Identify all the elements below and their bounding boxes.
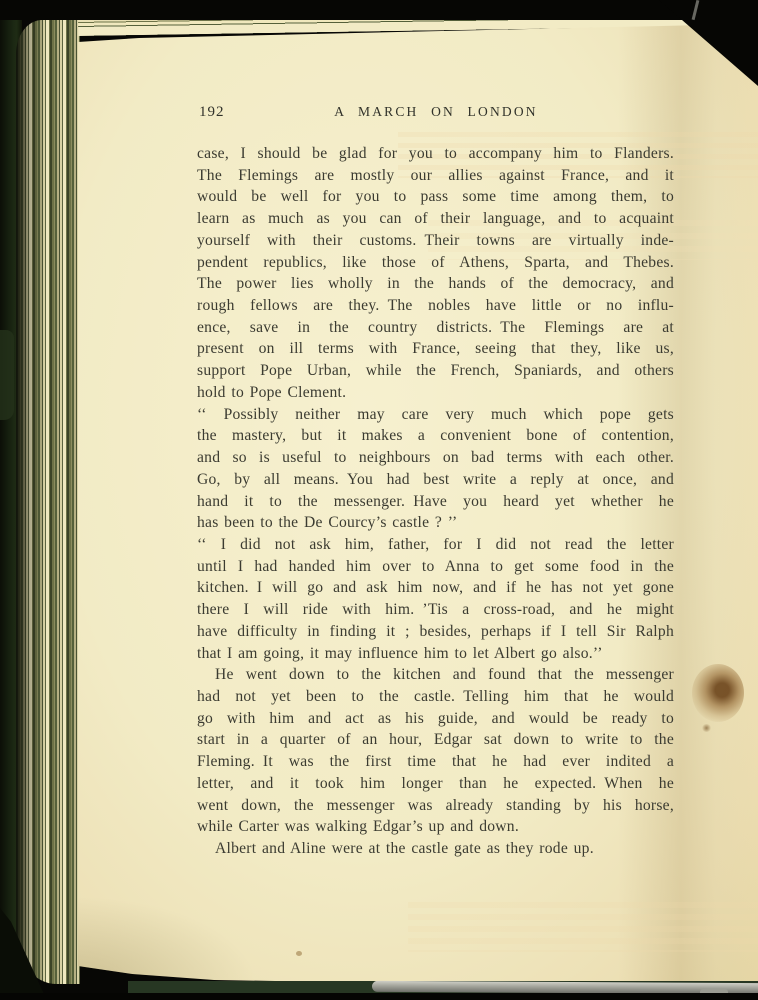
text-line: letter, and it took him longer than he e… (197, 773, 674, 795)
text-line: there I will ride with him. ’Tis a cross… (197, 599, 674, 621)
paragraph: case, I should be glad for you to accomp… (197, 143, 674, 404)
text-block: case, I should be glad for you to accomp… (197, 143, 674, 860)
text-line: ‘‘ Possibly neither may care very much w… (197, 404, 674, 426)
text-line: pendent republics, like those of Athens,… (197, 252, 674, 274)
paragraph: ‘‘ Possibly neither may care very much w… (197, 404, 674, 534)
text-line: learn as much as you can of their langua… (197, 208, 674, 230)
page-number: 192 (199, 104, 225, 121)
text-line: the mastery, but it makes a convenient b… (197, 425, 674, 447)
book-cover-edge-highlight (0, 330, 14, 420)
paragraph: ‘‘ I did not ask him, father, for I did … (197, 534, 674, 664)
text-line: that I am going, it may influence him to… (197, 643, 674, 665)
paragraph: He went down to the kitchen and found th… (197, 664, 674, 838)
photographed-book-page: { "book": { "page_number": "192", "runni… (0, 0, 758, 1000)
text-line: He went down to the kitchen and found th… (197, 664, 674, 686)
foxing-spot (702, 724, 711, 732)
paragraph: Albert and Aline were at the castle gate… (197, 838, 674, 860)
text-line: while Carter was walking Edgar’s up and … (197, 816, 674, 838)
printed-content: 192 A MARCH ON LONDON case, I should be … (78, 24, 758, 986)
text-line: had not yet been to the castle. Telling … (197, 686, 674, 708)
text-line: yourself with their customs. Their towns… (197, 230, 674, 252)
text-line: start in a quarter of an hour, Edgar sat… (197, 729, 674, 751)
text-line: went down, the messenger was already sta… (197, 795, 674, 817)
text-line: hand it to the messenger. Have you heard… (197, 491, 674, 513)
text-line: present on ill terms with France, seeing… (197, 338, 674, 360)
text-line: The Flemings are mostly our allies again… (197, 165, 674, 187)
text-line: has been to the De Courcy’s castle ? ’’ (197, 512, 674, 534)
paper-freckle (296, 951, 302, 956)
running-head: 192 A MARCH ON LONDON (197, 104, 675, 126)
text-line: ‘‘ I did not ask him, father, for I did … (197, 534, 674, 556)
photo-background-top (0, 0, 758, 20)
text-line: ence, save in the country districts. The… (197, 317, 674, 339)
stacked-page-edges (16, 20, 80, 984)
text-line: until I had handed him over to Anna to g… (197, 556, 674, 578)
text-line: would be well for you to pass some time … (197, 186, 674, 208)
text-line: go with him and act as his guide, and wo… (197, 708, 674, 730)
text-line: Fleming. It was the first time that he h… (197, 751, 674, 773)
text-line: Go, by all means. You had best write a r… (197, 469, 674, 491)
text-line: kitchen. I will go and ask him now, and … (197, 577, 674, 599)
text-line: case, I should be glad for you to accomp… (197, 143, 674, 165)
text-line: hold to Pope Clement. (197, 382, 674, 404)
text-line: support Pope Urban, while the French, Sp… (197, 360, 674, 382)
text-line: have difficulty in finding it ; besides,… (197, 621, 674, 643)
text-line: The power lies wholly in the hands of th… (197, 273, 674, 295)
foxing-stain (692, 664, 744, 722)
text-line: and so is useful to neighbours on bad te… (197, 447, 674, 469)
photo-background-bottom (0, 993, 758, 1000)
running-title: A MARCH ON LONDON (197, 104, 675, 120)
text-line: rough fellows are they. The nobles have … (197, 295, 674, 317)
text-line: Albert and Aline were at the castle gate… (197, 838, 674, 860)
